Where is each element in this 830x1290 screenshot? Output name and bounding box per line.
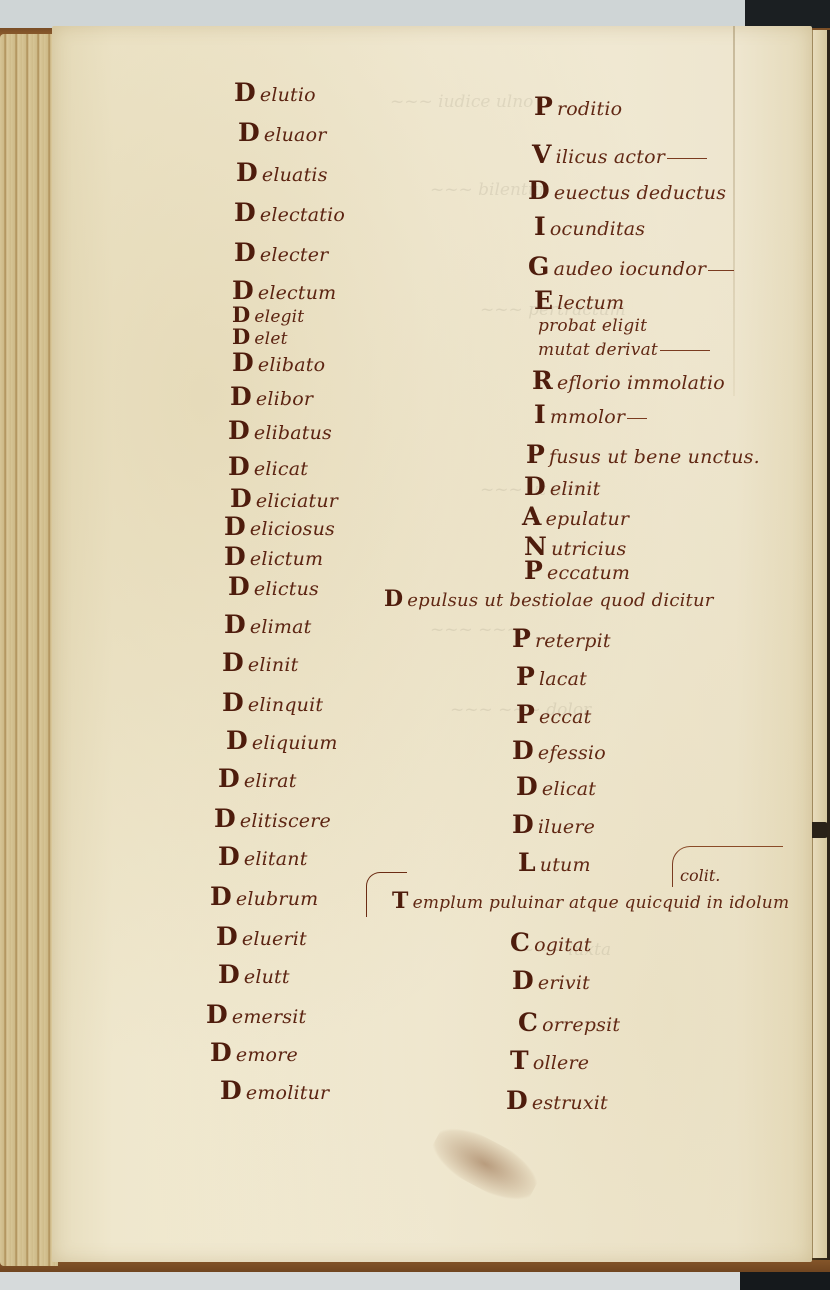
lemma-entry: Deliciosus bbox=[224, 512, 335, 541]
gloss-entry: Preterpit bbox=[512, 624, 611, 653]
lemma-initial: D bbox=[234, 238, 256, 267]
gloss-entry: Electum bbox=[534, 286, 624, 315]
gloss-initial: I bbox=[534, 212, 546, 241]
gloss-entry: Delicat bbox=[516, 772, 596, 801]
page-stack-left bbox=[0, 34, 58, 1266]
lemma-text: elictum bbox=[250, 548, 323, 570]
gloss-text: reterpit bbox=[535, 630, 611, 652]
gloss-entry: Pfusus ut bene unctus. bbox=[526, 440, 760, 469]
show-through-text: ~~~ ~~~ bbox=[430, 620, 521, 640]
lemma-initial: D bbox=[210, 882, 232, 911]
lemma-initial: D bbox=[236, 158, 258, 187]
gloss-text: eccat bbox=[539, 706, 592, 728]
gloss-initial: R bbox=[532, 366, 553, 395]
gloss-text: epulsus ut bestiolae quod dicitur bbox=[407, 590, 713, 611]
lemma-entry: Deliciatur bbox=[230, 484, 338, 513]
lemma-text: elitiscere bbox=[240, 810, 331, 832]
marginal-note: colit. bbox=[680, 866, 720, 885]
lemma-entry: Deluaor bbox=[238, 118, 327, 147]
gloss-initial: P bbox=[526, 440, 545, 469]
lemma-initial: D bbox=[218, 842, 240, 871]
adjacent-leaf bbox=[812, 30, 827, 1258]
gloss-initial: G bbox=[528, 252, 550, 281]
manuscript-page bbox=[52, 26, 812, 1262]
lemma-text: elibatus bbox=[254, 422, 332, 444]
gloss-text: lectum bbox=[557, 292, 624, 314]
gloss-text: ilicus actor bbox=[556, 146, 665, 168]
gloss-initial: D bbox=[528, 176, 550, 205]
lemma-text: eluatis bbox=[262, 164, 328, 186]
parchment-crease bbox=[733, 26, 735, 396]
lemma-initial: D bbox=[222, 688, 244, 717]
lemma-text: electatio bbox=[260, 204, 345, 226]
gloss-text: roditio bbox=[557, 98, 622, 120]
lemma-entry: Delectum bbox=[232, 276, 336, 305]
gloss-entry: Delinit bbox=[524, 472, 600, 501]
lemma-text: elinquit bbox=[248, 694, 323, 716]
gloss-text: audeo iocundor bbox=[554, 258, 707, 280]
gloss-initial: D bbox=[512, 966, 534, 995]
lemma-entry: Delutt bbox=[218, 960, 290, 989]
flourish-line bbox=[708, 270, 734, 271]
gloss-text: erivit bbox=[538, 972, 590, 994]
lemma-entry: Deliquium bbox=[226, 726, 338, 755]
gloss-entry: Deuectus deductus bbox=[528, 176, 726, 205]
lemma-entry: Deluatis bbox=[236, 158, 328, 187]
lemma-text: elimat bbox=[250, 616, 312, 638]
lemma-entry: Delibatus bbox=[228, 416, 332, 445]
lemma-text: elinit bbox=[248, 654, 299, 676]
lemma-initial: D bbox=[218, 960, 240, 989]
lemma-initial: D bbox=[230, 382, 252, 411]
lemma-entry: Delimat bbox=[224, 610, 311, 639]
gloss-initial: D bbox=[516, 772, 538, 801]
lemma-entry: Delictum bbox=[224, 542, 323, 571]
gloss-entry: Gaudeo iocundor bbox=[528, 252, 734, 281]
gloss-initial: T bbox=[510, 1046, 529, 1075]
lemma-entry: Delibato bbox=[232, 348, 325, 377]
gloss-entry: Templum puluinar atque quicquid in idolu… bbox=[392, 888, 789, 914]
gloss-bracket-left bbox=[366, 872, 407, 917]
gloss-text: eccatum bbox=[547, 562, 630, 584]
lemma-initial: D bbox=[232, 324, 250, 349]
lemma-initial: D bbox=[214, 804, 236, 833]
gloss-entry: Iocunditas bbox=[534, 212, 645, 241]
gloss-entry: Correpsit bbox=[518, 1008, 620, 1037]
gloss-initial: P bbox=[534, 92, 553, 121]
lemma-initial: D bbox=[234, 78, 256, 107]
gloss-entry: Vilicus actor bbox=[532, 140, 707, 169]
lemma-text: elutio bbox=[260, 84, 316, 106]
gloss-initial: V bbox=[532, 140, 552, 169]
lemma-entry: Delet bbox=[232, 324, 288, 349]
gloss-text: iluere bbox=[538, 816, 595, 838]
lemma-text: elutt bbox=[244, 966, 290, 988]
lemma-text: eliquium bbox=[252, 732, 338, 754]
lemma-entry: Delecter bbox=[234, 238, 328, 267]
gloss-entry: Depulsus ut bestiolae quod dicitur bbox=[384, 586, 714, 612]
lemma-initial: D bbox=[216, 922, 238, 951]
gloss-entry: Cogitat bbox=[510, 928, 592, 957]
lemma-initial: D bbox=[206, 1000, 228, 1029]
gloss-text: efessio bbox=[538, 742, 606, 764]
flourish-line bbox=[667, 158, 707, 159]
gloss-initial: L bbox=[518, 848, 536, 877]
gloss-initial: P bbox=[512, 624, 531, 653]
gloss-entry: Aepulatur bbox=[522, 502, 629, 531]
gloss-text: lacat bbox=[539, 668, 587, 690]
gloss-text: orrepsit bbox=[542, 1014, 620, 1036]
lemma-initial: D bbox=[234, 198, 256, 227]
lemma-text: eliciosus bbox=[250, 518, 335, 540]
lemma-text: electer bbox=[260, 244, 329, 266]
gloss-initial: C bbox=[518, 1008, 538, 1037]
lemma-initial: D bbox=[228, 452, 250, 481]
lemma-initial: D bbox=[210, 1038, 232, 1067]
gloss-entry: probat eligit bbox=[538, 316, 647, 336]
gloss-entry: Tollere bbox=[510, 1046, 589, 1075]
gloss-entry: Defessio bbox=[512, 736, 606, 765]
gloss-text: probat eligit bbox=[538, 316, 647, 336]
gloss-entry: Proditio bbox=[534, 92, 622, 121]
lemma-entry: Delibor bbox=[230, 382, 313, 411]
gloss-entry: Diluere bbox=[512, 810, 595, 839]
lemma-text: elet bbox=[254, 329, 287, 349]
lemma-text: elictus bbox=[254, 578, 319, 600]
lemma-text: elitant bbox=[244, 848, 308, 870]
lemma-text: elibor bbox=[256, 388, 313, 410]
flourish-line bbox=[660, 350, 710, 351]
gloss-initial: A bbox=[522, 502, 542, 531]
gloss-initial: P bbox=[516, 662, 535, 691]
gloss-entry: Placat bbox=[516, 662, 587, 691]
lemma-initial: D bbox=[232, 348, 254, 377]
lemma-initial: D bbox=[238, 118, 260, 147]
gloss-initial: P bbox=[524, 556, 543, 585]
gloss-text: mmolor bbox=[550, 406, 625, 428]
lemma-text: elibato bbox=[258, 354, 325, 376]
gloss-entry: Lutum bbox=[518, 848, 591, 877]
lemma-entry: Demore bbox=[210, 1038, 298, 1067]
lemma-entry: Delutio bbox=[234, 78, 316, 107]
gloss-text: euectus deductus bbox=[554, 182, 726, 204]
lemma-initial: D bbox=[220, 1076, 242, 1105]
lemma-entry: Delinit bbox=[222, 648, 298, 677]
lemma-initial: D bbox=[232, 276, 254, 305]
lemma-text: eluerit bbox=[242, 928, 307, 950]
gloss-entry: mutat derivat bbox=[538, 340, 710, 360]
gloss-initial: I bbox=[534, 400, 546, 429]
gloss-text: elinit bbox=[550, 478, 601, 500]
lemma-entry: Delinquit bbox=[222, 688, 323, 717]
lemma-text: elubrum bbox=[236, 888, 318, 910]
flourish-line bbox=[627, 418, 647, 419]
lemma-initial: D bbox=[230, 484, 252, 513]
lemma-initial: D bbox=[228, 416, 250, 445]
gloss-text: elicat bbox=[542, 778, 596, 800]
lemma-entry: Demolitur bbox=[220, 1076, 329, 1105]
lemma-entry: Delectatio bbox=[234, 198, 345, 227]
gloss-initial: P bbox=[516, 700, 535, 729]
lemma-entry: Delicat bbox=[228, 452, 308, 481]
lemma-initial: D bbox=[224, 512, 246, 541]
gloss-text: mutat derivat bbox=[538, 340, 658, 360]
gloss-entry: Reflorio immolatio bbox=[532, 366, 725, 395]
gloss-initial: D bbox=[512, 736, 534, 765]
lemma-entry: Delitant bbox=[218, 842, 308, 871]
lemma-text: emolitur bbox=[246, 1082, 329, 1104]
gloss-initial: D bbox=[384, 586, 403, 612]
gloss-text: utum bbox=[540, 854, 591, 876]
gloss-entry: Immolor bbox=[534, 400, 647, 429]
gloss-text: ocunditas bbox=[550, 218, 645, 240]
gloss-initial: E bbox=[534, 286, 553, 315]
lemma-text: elirat bbox=[244, 770, 297, 792]
scan-background-bottom bbox=[0, 1272, 740, 1290]
gloss-initial: D bbox=[524, 472, 546, 501]
lemma-text: eluaor bbox=[264, 124, 327, 146]
lemma-text: emore bbox=[236, 1044, 298, 1066]
lemma-entry: Delictus bbox=[228, 572, 319, 601]
lemma-entry: Delubrum bbox=[210, 882, 318, 911]
lemma-initial: D bbox=[228, 572, 250, 601]
lemma-initial: D bbox=[224, 542, 246, 571]
gloss-text: fusus ut bene unctus. bbox=[549, 446, 760, 468]
show-through-text: ~~~ iudice ulno bbox=[390, 92, 533, 112]
lemma-text: emersit bbox=[232, 1006, 306, 1028]
gloss-initial: C bbox=[510, 928, 530, 957]
gloss-text: ogitat bbox=[534, 934, 591, 956]
gloss-entry: Destruxit bbox=[506, 1086, 608, 1115]
lemma-initial: D bbox=[222, 648, 244, 677]
lemma-initial: D bbox=[224, 610, 246, 639]
gloss-text: eflorio immolatio bbox=[557, 372, 725, 394]
lemma-entry: Delitiscere bbox=[214, 804, 331, 833]
gloss-entry: Derivit bbox=[512, 966, 590, 995]
gloss-text: estruxit bbox=[532, 1092, 608, 1114]
lemma-entry: Delirat bbox=[218, 764, 297, 793]
lemma-entry: Deluerit bbox=[216, 922, 307, 951]
gloss-initial: D bbox=[512, 810, 534, 839]
gloss-text: epulatur bbox=[546, 508, 630, 530]
lemma-text: eliciatur bbox=[256, 490, 338, 512]
gloss-text: ollere bbox=[533, 1052, 589, 1074]
gloss-text: emplum puluinar atque quicquid in idolum bbox=[413, 893, 790, 913]
lemma-initial: D bbox=[218, 764, 240, 793]
gloss-entry: Peccatum bbox=[524, 556, 630, 585]
gloss-initial: D bbox=[506, 1086, 528, 1115]
lemma-text: elicat bbox=[254, 458, 308, 480]
lemma-initial: D bbox=[226, 726, 248, 755]
lemma-entry: Demersit bbox=[206, 1000, 306, 1029]
gloss-entry: Peccat bbox=[516, 700, 592, 729]
lemma-text: electum bbox=[258, 282, 337, 304]
